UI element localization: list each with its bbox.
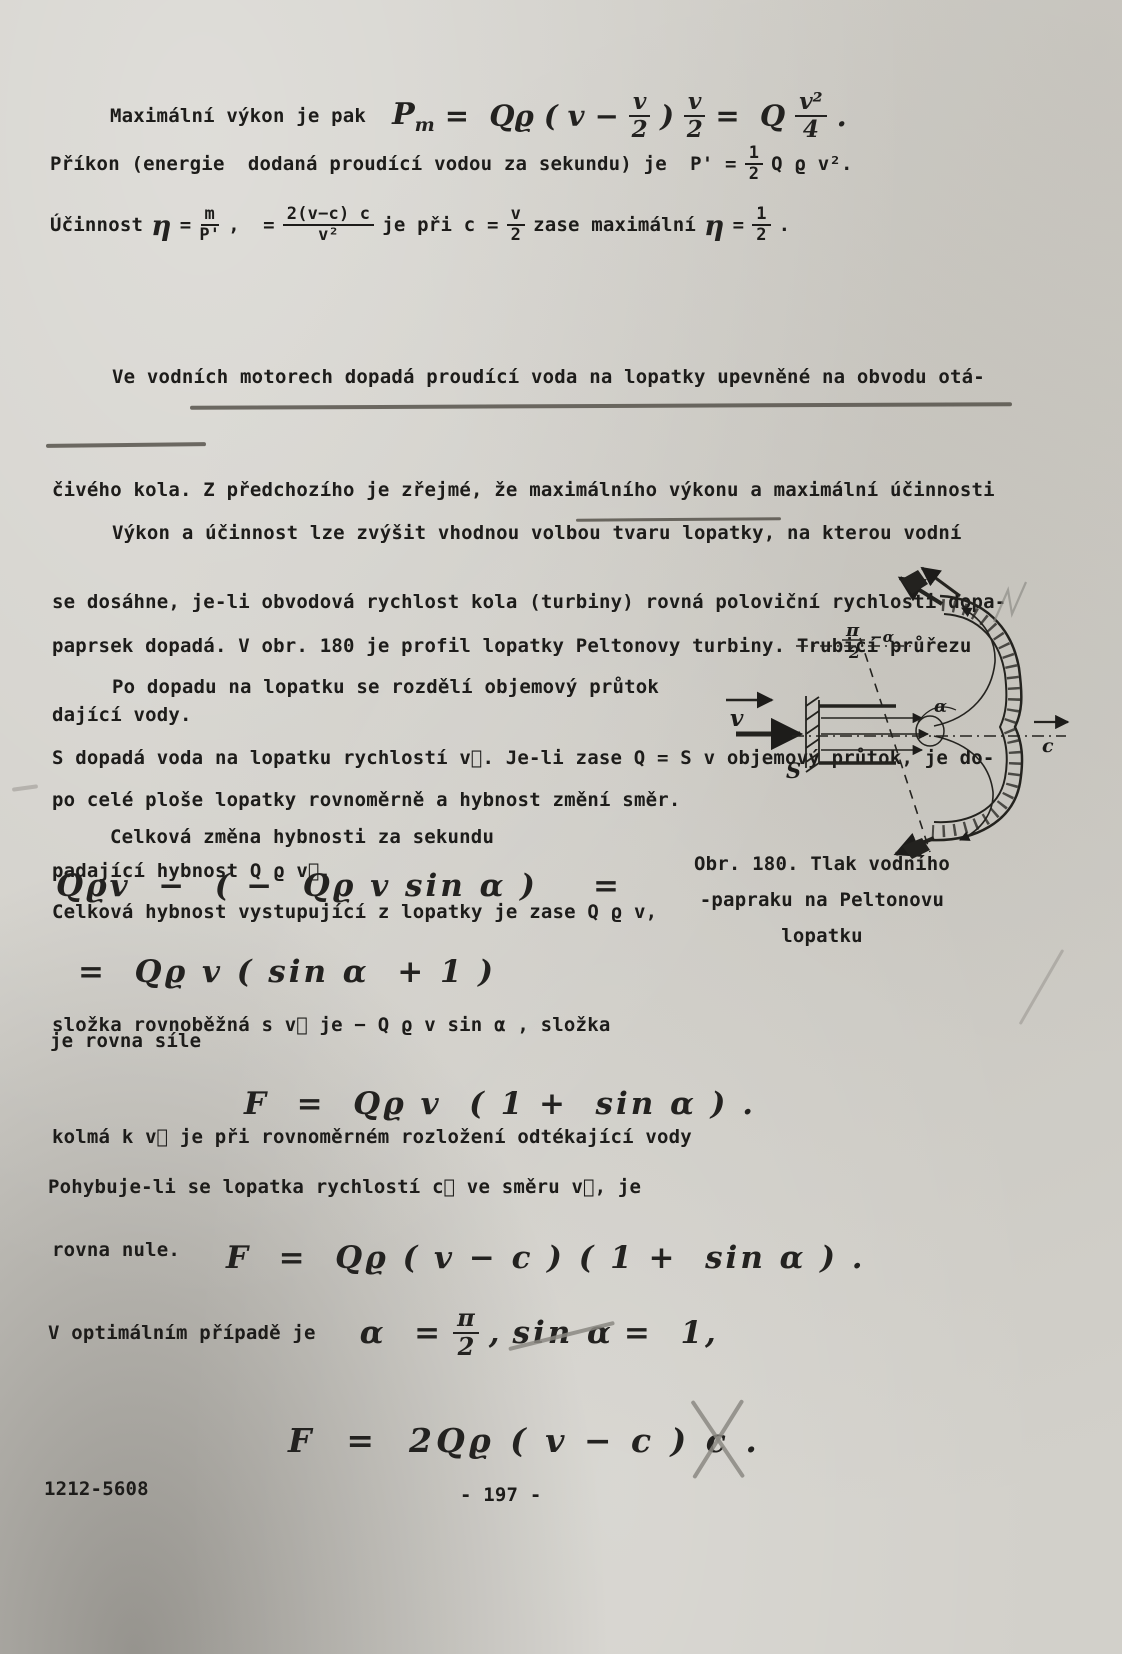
optimal-case-line: V optimálním případě je α = π2 , sin α =… xyxy=(48,1298,719,1368)
chord-dashed-line xyxy=(860,638,930,852)
sin-alpha-struck: sin α xyxy=(513,1315,614,1351)
fraction: v2 xyxy=(507,205,525,245)
pencil-crossed-c: c xyxy=(706,1421,730,1460)
text-line: Po dopadu na lopatku se rozdělí objemový… xyxy=(52,669,712,707)
label-alpha: α xyxy=(934,697,947,717)
nozzle-wall xyxy=(806,696,819,772)
text-line: Výkon a účinnost lze zvýšit vhodnou volb… xyxy=(52,515,1062,553)
text-equals-force: je rovna síle xyxy=(50,1030,201,1052)
fraction: 2(v−c) cv² xyxy=(283,205,374,245)
label-v: v xyxy=(730,705,744,732)
splitter-circle xyxy=(916,716,944,746)
exit-arrow-top2 xyxy=(922,568,960,596)
fraction: v2 xyxy=(629,89,650,143)
scanned-textbook-page: Maximální výkon je pak Pm = Qϱ ( v − v2 … xyxy=(0,0,1122,1654)
page-number: - 197 - xyxy=(460,1484,541,1506)
blade-inner-wall xyxy=(934,614,1007,822)
efficiency-line: Účinnost η = mP' , = 2(v−c) cv² je při c… xyxy=(50,190,790,260)
eta-symbol: η xyxy=(704,209,725,242)
formula-Pm: Pm xyxy=(392,97,435,136)
label-pi-num: π xyxy=(845,620,860,641)
text-moving-blade: Pohybuje-li se lopatka rychlostí c⃗ ve s… xyxy=(48,1176,641,1198)
eta-symbol: η xyxy=(151,209,172,242)
blade-outer-wall xyxy=(930,596,1022,840)
equation-force: F = Qϱ v ( 1 + sin α ) . xyxy=(244,1086,756,1122)
pelton-blade-figure: v S α π 2 −α c xyxy=(672,550,1122,862)
pencil-mark xyxy=(12,784,38,792)
equation-momentum-result: = Qϱ v ( sin α + 1 ) xyxy=(78,954,496,990)
max-power-label: Maximální výkon je pak xyxy=(110,105,366,127)
pencil-mark xyxy=(994,582,1026,622)
equation-final-force: F = 2Qϱ ( v − c ) c . xyxy=(226,1382,761,1499)
fraction: 12 xyxy=(745,144,763,184)
fraction: mP' xyxy=(199,205,220,245)
text-line: Ve vodních motorech dopadá proudící voda… xyxy=(52,359,1062,397)
fraction: v²4 xyxy=(795,89,826,143)
figure-caption: Obr. 180. Tlak vodního -papraku na Pelto… xyxy=(682,846,962,954)
fraction: v2 xyxy=(684,89,705,143)
momentum-intro: Celková změna hybnosti za sekundu xyxy=(110,826,494,848)
text-line: po celé ploše lopatky rovnoměrně a hybno… xyxy=(52,782,712,820)
label-S: S xyxy=(786,758,801,783)
input-power-line: Příkon (energie dodaná proudící vodou za… xyxy=(50,136,853,192)
label-pi-den: 2 xyxy=(848,643,860,662)
fraction: π2 xyxy=(453,1305,479,1361)
equation-force-moving: F = Qϱ ( v − c ) ( 1 + sin α ) . xyxy=(226,1240,866,1276)
text-line: kolmá k v⃗ je při rovnoměrném rozložení … xyxy=(52,1119,712,1157)
catalog-number: 1212-5608 xyxy=(44,1478,149,1500)
fraction: 12 xyxy=(752,205,770,245)
label-minus-alpha: −α xyxy=(870,628,895,646)
jet-stream-arrows xyxy=(821,718,928,750)
equation-momentum-change: Qϱv − ( − Qϱ v sin α ) = xyxy=(56,868,622,904)
label-c: c xyxy=(1042,735,1054,757)
